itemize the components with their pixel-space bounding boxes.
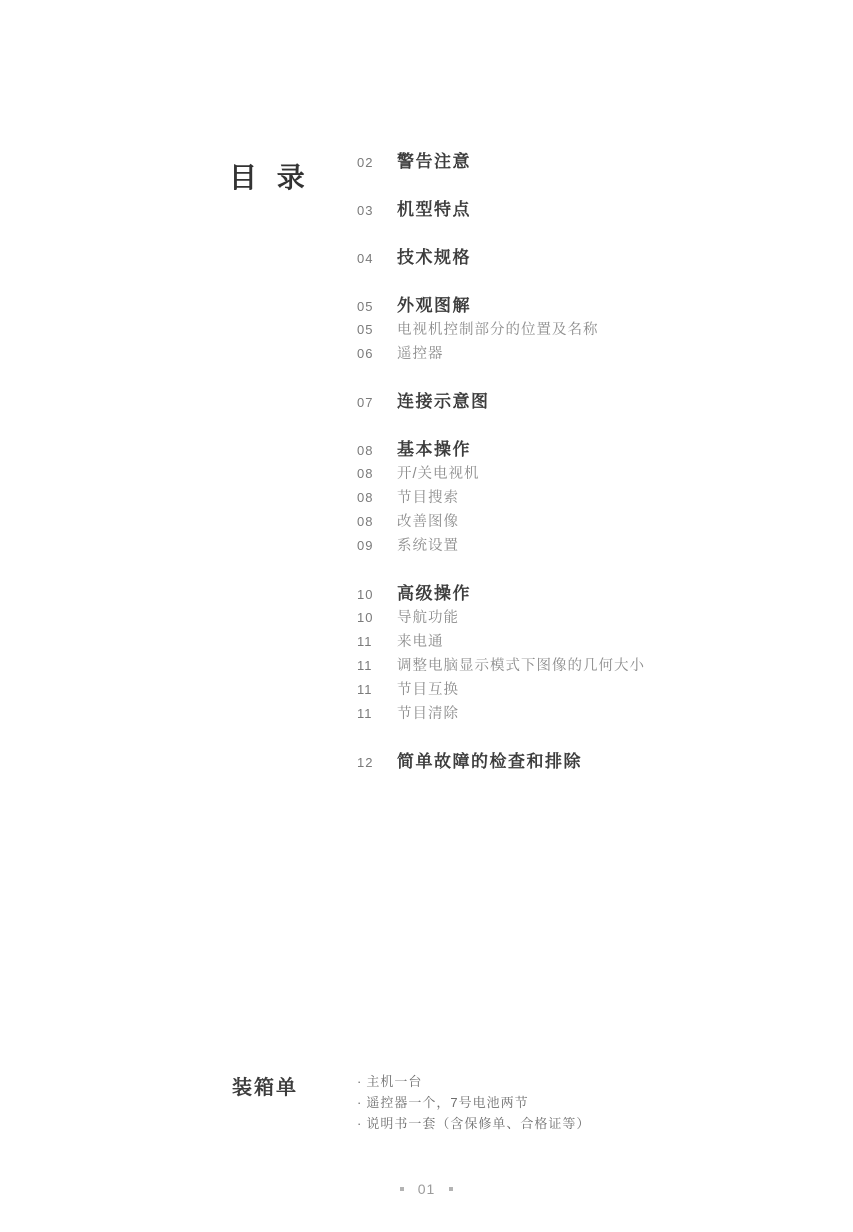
toc-entry: 03 机型特点 (357, 198, 645, 222)
toc-page-number: 06 (357, 342, 397, 366)
packing-item-text: 主机一台 (366, 1074, 422, 1089)
toc-page-number: 04 (357, 247, 397, 271)
toc-entry: 08 开/关电视机 (357, 462, 645, 486)
toc-entry: 08 改善图像 (357, 510, 645, 534)
toc-page-number: 11 (357, 654, 397, 678)
toc-entry: 06 遥控器 (357, 342, 645, 366)
toc-entry: 05 外观图解 (357, 294, 645, 318)
table-of-contents: 02 警告注意 03 机型特点 04 技术规格 05 外观图解 05 电视机控制… (357, 150, 645, 774)
footer-dot-icon (449, 1187, 453, 1191)
toc-entry: 11 调整电脑显示模式下图像的几何大小 (357, 654, 645, 678)
toc-entry: 11 节目清除 (357, 702, 645, 726)
toc-page-number: 11 (357, 630, 397, 654)
bullet: · (357, 1071, 362, 1092)
manual-toc-page: 目 录 02 警告注意 03 机型特点 04 技术规格 05 外观图解 05 电… (0, 0, 853, 1232)
toc-page-number: 08 (357, 510, 397, 534)
toc-page-number: 09 (357, 534, 397, 558)
toc-page-number: 10 (357, 583, 397, 607)
toc-entry: 07 连接示意图 (357, 390, 645, 414)
toc-entry: 09 系统设置 (357, 534, 645, 558)
toc-entry: 08 节目搜索 (357, 486, 645, 510)
toc-entry-label: 节目互换 (397, 678, 459, 702)
packing-list-item: ·主机一台 (357, 1071, 590, 1092)
footer-dot-icon (400, 1187, 404, 1191)
toc-entry: 10 高级操作 (357, 582, 645, 606)
toc-entry-label: 系统设置 (397, 534, 459, 558)
toc-entry: 05 电视机控制部分的位置及名称 (357, 318, 645, 342)
toc-entry-label: 技术规格 (397, 246, 471, 270)
toc-page-number: 10 (357, 606, 397, 630)
toc-page-number: 05 (357, 318, 397, 342)
packing-item-text: 说明书一套（含保修单、合格证等） (366, 1116, 590, 1131)
toc-entry-label: 机型特点 (397, 198, 471, 222)
toc-page-number: 07 (357, 391, 397, 415)
page-number: 01 (418, 1181, 436, 1197)
bullet: · (357, 1113, 362, 1134)
toc-page-number: 08 (357, 462, 397, 486)
toc-entry-label: 警告注意 (397, 150, 471, 174)
bullet: · (357, 1092, 362, 1113)
toc-entry: 12 简单故障的检查和排除 (357, 750, 645, 774)
packing-list-item: ·遥控器一个，7号电池两节 (357, 1092, 590, 1113)
toc-entry-label: 简单故障的检查和排除 (397, 750, 582, 774)
toc-page-number: 05 (357, 295, 397, 319)
packing-list: ·主机一台 ·遥控器一个，7号电池两节 ·说明书一套（含保修单、合格证等） (357, 1071, 590, 1134)
toc-entry-label: 连接示意图 (397, 390, 490, 414)
toc-page-number: 03 (357, 199, 397, 223)
toc-entry-label: 开/关电视机 (397, 462, 480, 486)
toc-page-number: 11 (357, 702, 397, 726)
toc-entry-label: 电视机控制部分的位置及名称 (397, 318, 599, 342)
toc-entry-label: 导航功能 (397, 606, 459, 630)
toc-entry-label: 节目搜索 (397, 486, 459, 510)
toc-entry-label: 来电通 (397, 630, 444, 654)
toc-entry: 08 基本操作 (357, 438, 645, 462)
toc-page-number: 08 (357, 439, 397, 463)
toc-page-number: 11 (357, 678, 397, 702)
toc-entry-label: 外观图解 (397, 294, 471, 318)
packing-item-text: 遥控器一个，7号电池两节 (366, 1095, 528, 1110)
toc-entry-label: 基本操作 (397, 438, 471, 462)
toc-entry-label: 遥控器 (397, 342, 444, 366)
toc-entry: 04 技术规格 (357, 246, 645, 270)
toc-entry-label: 高级操作 (397, 582, 471, 606)
toc-entry: 02 警告注意 (357, 150, 645, 174)
packing-list-item: ·说明书一套（含保修单、合格证等） (357, 1113, 590, 1134)
toc-entry-label: 改善图像 (397, 510, 459, 534)
packing-list-heading: 装箱单 (232, 1071, 298, 1100)
toc-page-number: 02 (357, 151, 397, 175)
toc-entry-label: 节目清除 (397, 702, 459, 726)
toc-entry: 10 导航功能 (357, 606, 645, 630)
toc-entry: 11 来电通 (357, 630, 645, 654)
toc-entry-label: 调整电脑显示模式下图像的几何大小 (397, 654, 645, 678)
page-title: 目 录 (229, 156, 311, 196)
toc-entry: 11 节目互换 (357, 678, 645, 702)
page-footer: 01 (0, 1181, 853, 1197)
toc-page-number: 12 (357, 751, 397, 775)
toc-page-number: 08 (357, 486, 397, 510)
